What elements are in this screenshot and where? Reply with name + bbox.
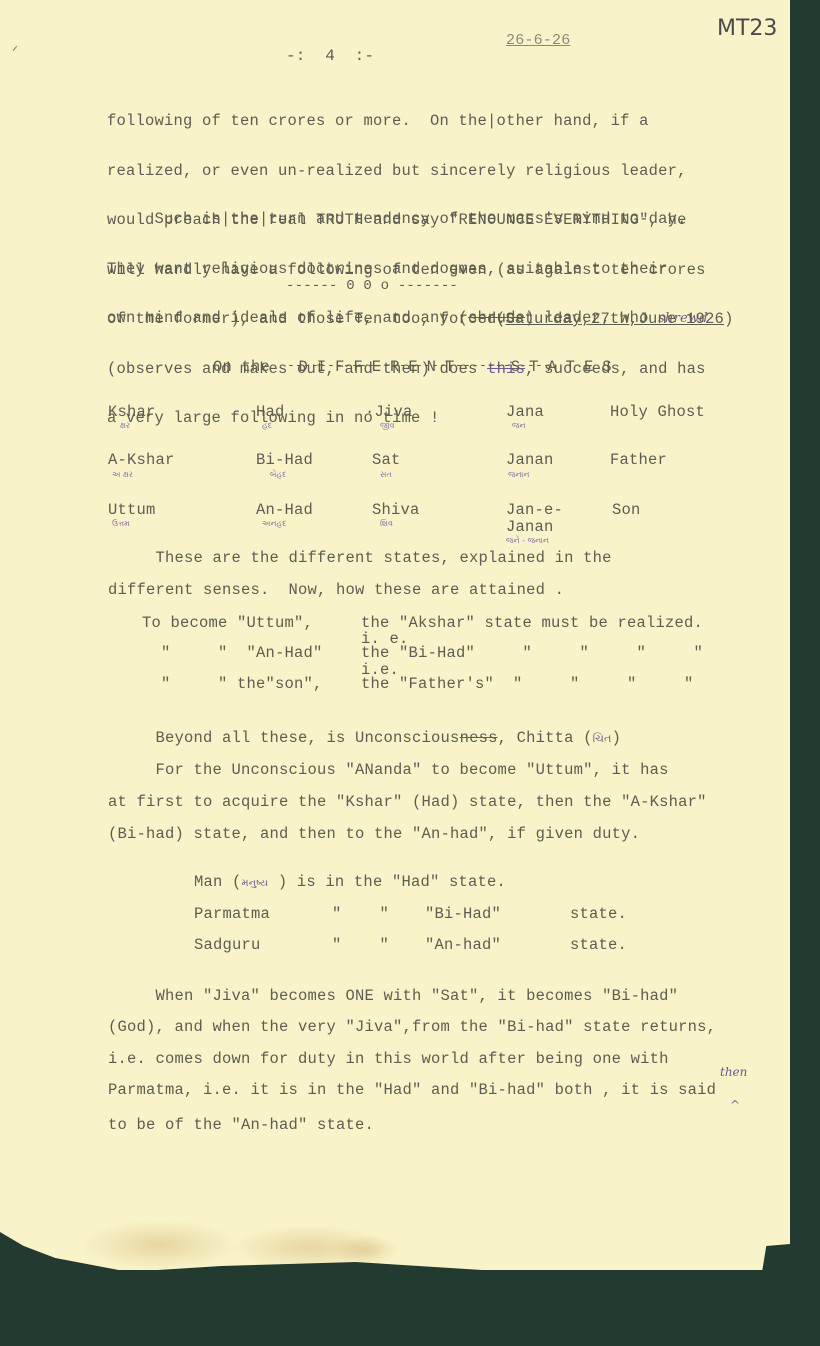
state-gloss: ઉત્તમ [112, 519, 130, 529]
state-term: Sat [372, 452, 401, 469]
paragraph-5-line-2: at first to acquire the "Kshar" (Had) st… [108, 794, 707, 811]
state-term: Shiva [372, 502, 420, 519]
state-gloss: અનહદ [262, 519, 287, 529]
man-row-ditto: " " [332, 937, 389, 954]
attain-right: the "Bi-Had" " " " " [361, 645, 703, 662]
state-gloss: જન [512, 421, 526, 431]
state-term: Uttum [108, 502, 156, 519]
attain-left: " " "An-Had" [142, 645, 323, 662]
state-term: Jan-e- Janan [506, 502, 563, 535]
state-gloss: બેહદ [270, 470, 287, 480]
paragraph-6-line-5: to be of the "An-had" state. [108, 1117, 374, 1134]
state-term: A-Kshar [108, 452, 175, 469]
state-gloss: જનાન [508, 470, 529, 480]
date-text: Saturday,27th,June 1926 [506, 310, 725, 328]
state-term: Kshar [108, 404, 156, 421]
handwritten-gloss: મનુષ્ય [242, 878, 269, 889]
paragraph-3-line-1: These are the different states, explaine… [108, 550, 612, 567]
page-number: -: 4 :- [286, 48, 374, 65]
attain-left: To become "Uttum", [142, 615, 313, 632]
text-line: Such is|the|turn and tendency of the mas… [107, 211, 708, 228]
paper-stain [80, 1220, 240, 1270]
section-divider: ------ 0 0 o ------- [286, 278, 458, 295]
handwritten-then: then [720, 1065, 747, 1079]
state-term: Bi-Had [256, 452, 313, 469]
date-line: (Saturday,27th,June 1926) [496, 311, 734, 328]
paragraph-6-line-2: (God), and when the very "Jiva",from the… [108, 1019, 716, 1036]
catalog-code: MT23 [717, 16, 777, 41]
paragraph-6-line-1: When "Jiva" becomes ONE with "Sat", it b… [108, 988, 678, 1005]
paragraph-5-line-3: (Bi-had) state, and then to the "An-had"… [108, 826, 640, 843]
state-term: Jana [506, 404, 544, 421]
man-row-ditto: " " [332, 906, 389, 923]
state-gloss: સત [380, 470, 392, 480]
state-term: An-Had [256, 502, 313, 519]
state-term: Janan [506, 452, 554, 469]
man-row-state: "Bi-Had" [425, 906, 501, 923]
man-row-subject: Sadguru [194, 937, 261, 954]
text-line: They want religious doctrines and dogmas… [107, 261, 708, 278]
text-line: realized, or even un-realized but sincer… [107, 163, 706, 180]
title-underline: --------------------------------- [287, 358, 551, 375]
state-gloss: જને - જનાન [506, 536, 549, 546]
attain-right: the "Akshar" state must be realized. [361, 615, 703, 632]
man-line: Man (મનુષ્ય ) is in the "Had" state. [194, 874, 506, 893]
man-row-state: "An-had" [425, 937, 501, 954]
paper-stain [330, 1235, 400, 1265]
struck-word: ness [460, 729, 498, 747]
margin-mark: ᐟ [12, 44, 18, 61]
state-gloss: જીવ [380, 421, 394, 431]
state-term: ·Jiva [365, 404, 413, 421]
state-term: Holy Ghost [610, 404, 705, 421]
attain-left: " " the"son", [142, 676, 323, 693]
header-date: 26-6-26 [506, 33, 570, 50]
paragraph-5-line-1: For the Unconscious "ANanda" to become "… [108, 762, 669, 779]
state-gloss: ક્ષર [120, 421, 130, 431]
state-term: Father [610, 452, 667, 469]
state-gloss: અ ક્ષર [112, 470, 133, 480]
state-term: Son [612, 502, 641, 519]
handwritten-gloss: ચિત [593, 732, 612, 745]
attain-right: the "Father's" " " " " [361, 676, 694, 693]
paragraph-6-line-4: Parmatma, i.e. it is in the "Had" and "B… [108, 1082, 716, 1099]
man-row-suffix: state. [570, 906, 627, 923]
paragraph-3-line-2: different senses. Now, how these are att… [108, 582, 564, 599]
man-row-suffix: state. [570, 937, 627, 954]
insert-caret: ^ [730, 1098, 740, 1112]
man-row-subject: Parmatma [194, 906, 270, 923]
state-gloss: શિવ [380, 519, 393, 529]
state-term: Had [256, 404, 285, 421]
paragraph-4: Beyond all these, is Unconsciousness, Ch… [108, 730, 621, 748]
text-line: following of ten crores or more. On the|… [107, 113, 706, 130]
paragraph-6-line-3: i.e. comes down for duty in this world a… [108, 1051, 669, 1068]
state-gloss: હદ [262, 421, 272, 431]
